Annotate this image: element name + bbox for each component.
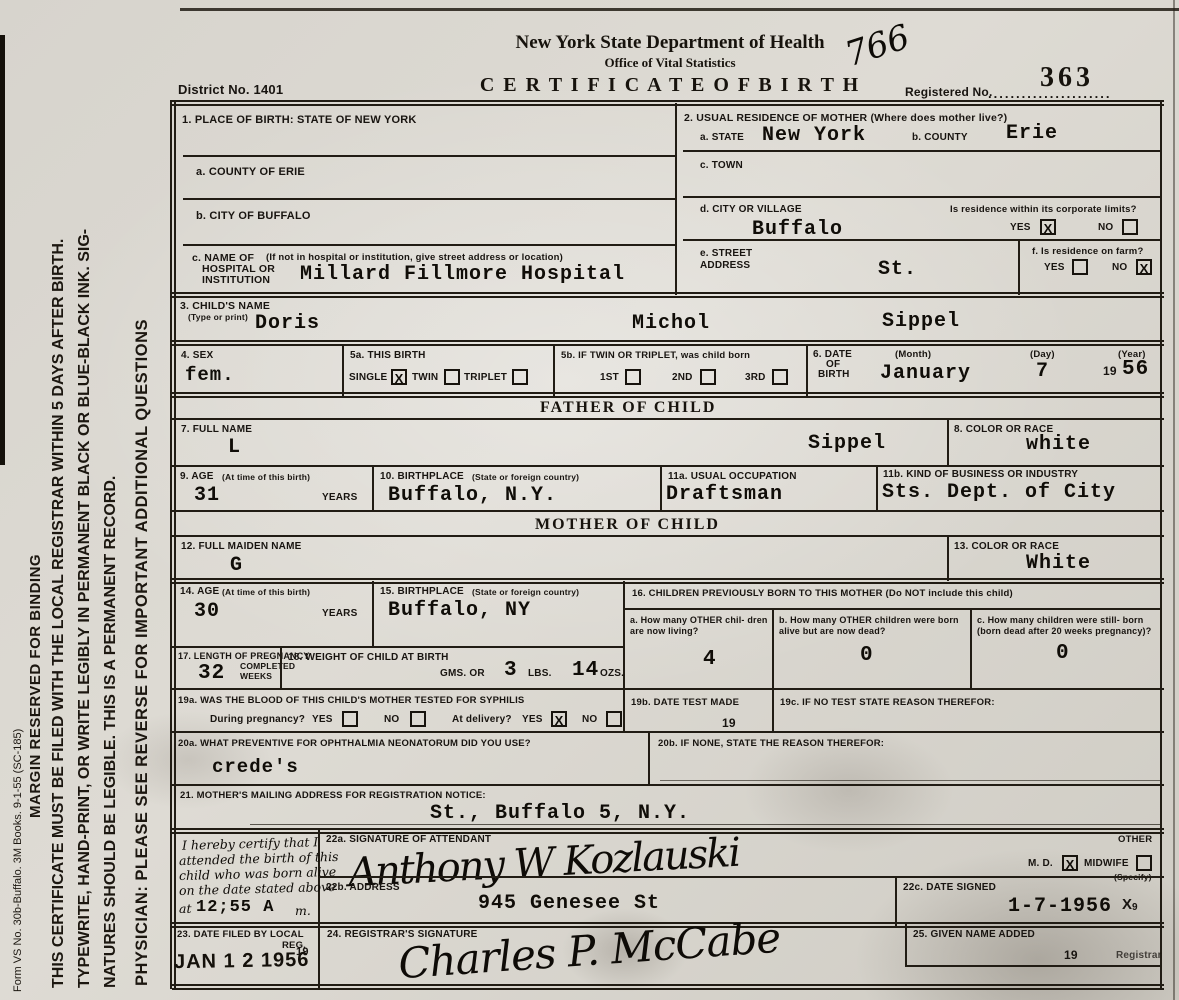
date-signed-preprint: 9 [1132, 902, 1138, 913]
children-dead-value: 0 [860, 644, 874, 667]
field-date-test-made: 19b. DATE TEST MADE [631, 697, 739, 708]
registered-no-value: 363 [1040, 62, 1094, 94]
birth-time-value: 12;55 A [196, 898, 274, 917]
cell-divider [772, 688, 774, 733]
grams-or-label: GMS. OR [440, 668, 485, 679]
corporate-yes-checkbox: X [1040, 219, 1056, 235]
father-industry-value: Sts. Dept. of City [882, 481, 1116, 504]
field-county-label: b. COUNTY [912, 132, 968, 143]
field-mother-birthplace: 15. BIRTHPLACE [380, 586, 464, 597]
row-border [172, 340, 1164, 346]
rule [623, 608, 1160, 610]
single-checkbox: X [391, 369, 407, 385]
field-father-birthplace: 10. BIRTHPLACE [380, 471, 464, 482]
registered-no-label: Registered No. [905, 85, 993, 99]
rule [183, 198, 675, 200]
cell-divider [372, 581, 374, 648]
field-date-of-birth-3: BIRTH [818, 369, 850, 380]
rule [183, 244, 675, 246]
office-subtitle: Office of Vital Statistics [470, 55, 870, 71]
table-left-border [170, 100, 176, 989]
row-border [172, 578, 1164, 584]
corporate-no-checkbox [1122, 219, 1138, 235]
weight-lbs-value: 3 [504, 659, 518, 682]
children-living-question: a. How many OTHER chil- dren are now liv… [630, 615, 768, 637]
scan-edge-bar [0, 35, 5, 465]
mother-race-value: White [1026, 552, 1091, 575]
scan-right-edge [1173, 0, 1175, 1000]
twin-label: TWIN [412, 372, 438, 383]
corporate-limits-question: Is residence within its corporate limits… [950, 204, 1137, 215]
year-preprint: 19 [1103, 364, 1117, 378]
during-no-checkbox [410, 711, 426, 727]
father-years-label: YEARS [322, 492, 357, 503]
field-mother-age: 14. AGE [180, 586, 219, 597]
rule [172, 510, 1164, 512]
certificate-title: C E R T I F I C A T E O F B I R T H [420, 74, 920, 97]
cell-divider [970, 608, 972, 690]
handwritten-number: 766 [840, 17, 914, 75]
father-race-value: white [1026, 433, 1091, 456]
rule [172, 784, 1164, 786]
lbs-label: LBS. [528, 668, 552, 679]
cell-divider [342, 344, 344, 396]
weeks-label: WEEKS [240, 671, 272, 681]
field-hospital-label-3: INSTITUTION [202, 274, 270, 286]
city-village-value: Buffalo [752, 218, 843, 241]
delivery-no-checkbox [606, 711, 622, 727]
registrar-note: Registrar [1116, 950, 1162, 961]
completed-label: COMPLETED [240, 661, 295, 671]
twin-checkbox [444, 369, 460, 385]
margin-signatures-note: NATURES SHOULD BE LEGIBLE. THIS IS A PER… [102, 476, 120, 988]
during-yes-label: YES [312, 714, 333, 725]
field-county: a. COUNTY OF ERIE [196, 166, 305, 178]
children-stillborn-value: 0 [1056, 642, 1070, 665]
weight-oz-value: 14 [572, 659, 599, 682]
birth-certificate-scan: Form VS No. 30b-Buffalo. 3M Books. 9-1-5… [0, 0, 1179, 1000]
rule [172, 418, 1164, 420]
field-street-label-1: e. STREET [700, 248, 752, 259]
row-border [172, 292, 1164, 298]
field-father-age: 9. AGE [180, 471, 214, 482]
rule [172, 731, 1164, 733]
other-label: OTHER [1118, 834, 1152, 845]
field-childs-name: 3. CHILD'S NAME [180, 300, 270, 312]
during-pregnancy-label: During pregnancy? [210, 714, 305, 725]
field-town-label: c. TOWN [700, 160, 743, 171]
rule [172, 535, 1164, 537]
md-checkbox: X [1062, 855, 1078, 871]
field-given-name-added: 25. GIVEN NAME ADDED [913, 929, 1035, 940]
county-value: Erie [1006, 122, 1058, 145]
table-right-border [1160, 100, 1162, 989]
month-label: (Month) [895, 349, 931, 360]
children-living-value: 4 [703, 648, 717, 671]
field-mother-race: 13. COLOR OR RACE [954, 541, 1059, 552]
delivery-yes-label: YES [522, 714, 543, 725]
father-birthplace-note: (State or foreign country) [472, 472, 579, 482]
date-filed-stamp: JAN 1 2 1956 [174, 949, 310, 974]
margin-binding-note: MARGIN RESERVED FOR BINDING [27, 554, 44, 818]
date-signed-value: 1-7-1956 [1008, 895, 1112, 918]
table-top-border [172, 100, 1164, 106]
child-middle-name: Michol [632, 312, 710, 335]
midwife-label: MIDWIFE [1084, 858, 1129, 869]
hospital-name-value: Millard Fillmore Hospital [300, 263, 625, 286]
certify-line-4: on the date stated above [179, 879, 336, 899]
margin-typewrite-note: TYPEWRITE, HAND-PRINT, OR WRITE LEGIBLY … [76, 229, 94, 988]
cell-divider [623, 581, 625, 733]
birth-month-value: January [880, 362, 971, 385]
child-last-name: Sippel [882, 310, 960, 333]
day-label: (Day) [1030, 349, 1055, 360]
street-value: St. [878, 258, 917, 281]
rule [250, 824, 1160, 825]
margin-form-number: Form VS No. 30b-Buffalo. 3M Books. 9-1-5… [12, 729, 24, 992]
cell-divider [895, 876, 897, 928]
corporate-yes-label: YES [1010, 222, 1031, 233]
farm-question: f. Is residence on farm? [1032, 246, 1143, 257]
ozs-label: OZS. [600, 668, 624, 679]
father-last-value: Sippel [808, 432, 886, 455]
rule [172, 688, 1164, 690]
field-if-twin: 5b. IF TWIN OR TRIPLET, was child born [561, 350, 750, 361]
cell-divider [876, 467, 878, 512]
rule [172, 465, 1164, 467]
children-stillborn-question: c. How many children were still- born (b… [977, 615, 1155, 637]
first-born-checkbox [625, 369, 641, 385]
child-first-name: Doris [255, 312, 320, 335]
mother-birthplace-value: Buffalo, NY [388, 599, 531, 622]
table-bottom-border [172, 984, 1164, 990]
field-mailing-address: 21. MOTHER'S MAILING ADDRESS FOR REGISTR… [180, 790, 486, 801]
field-weight-at-birth: 18. WEIGHT OF CHILD AT BIRTH [288, 652, 449, 663]
field-hospital-note: (If not in hospital or institution, give… [266, 252, 563, 263]
field-date-filed: 23. DATE FILED BY LOCAL [177, 929, 304, 940]
cell-divider [648, 733, 650, 785]
rule [683, 196, 1160, 198]
mother-age-note: (At time of this birth) [222, 587, 310, 597]
at-delivery-label: At delivery? [452, 714, 512, 725]
field-childs-name-note: (Type or print) [188, 312, 248, 322]
margin-physician-note: PHYSICIAN: PLEASE SEE REVERSE FOR IMPORT… [133, 319, 152, 986]
children-dead-question: b. How many OTHER children were born ali… [779, 615, 965, 637]
triplet-checkbox [512, 369, 528, 385]
cell-divider [280, 648, 282, 690]
date-filed-preprint: 19 [296, 946, 309, 958]
certify-at-label: at [179, 901, 191, 917]
field-street-label-2: ADDRESS [700, 260, 750, 271]
birth-year-value: 56 [1122, 358, 1149, 381]
farm-box-divider [1018, 241, 1020, 295]
father-age-note: (At time of this birth) [222, 472, 310, 482]
rule [683, 239, 1160, 241]
field-state-label: a. STATE [700, 132, 744, 143]
father-occupation-value: Draftsman [666, 483, 783, 506]
delivery-yes-checkbox: X [551, 711, 567, 727]
rule [318, 876, 1164, 878]
cell-divider [806, 344, 808, 396]
during-yes-checkbox [342, 711, 358, 727]
field-city: b. CITY OF BUFFALO [196, 210, 311, 222]
mother-age-value: 30 [194, 600, 220, 623]
field-sex: 4. SEX [181, 350, 213, 361]
district-number: District No. 1401 [178, 82, 283, 97]
date-signed-x-mark: X [1122, 896, 1132, 913]
rule [660, 780, 1160, 781]
field-syphilis-test: 19a. WAS THE BLOOD OF THIS CHILD'S MOTHE… [178, 695, 524, 706]
field-ophthalmia-preventive: 20a. WHAT PREVENTIVE FOR OPHTHALMIA NEON… [178, 738, 531, 749]
rule [183, 155, 675, 157]
field-this-birth: 5a. THIS BIRTH [350, 350, 426, 361]
third-born-label: 3RD [745, 372, 766, 383]
pregnancy-weeks-value: 32 [198, 662, 225, 685]
field-father-industry: 11b. KIND OF BUSINESS OR INDUSTRY [883, 469, 1078, 480]
farm-no-checkbox: X [1136, 259, 1152, 275]
mother-maiden-value: G [230, 554, 243, 577]
field-place-of-birth: 1. PLACE OF BIRTH: STATE OF NEW YORK [182, 114, 417, 126]
father-section-title: FATHER OF CHILD [540, 399, 716, 417]
single-label: SINGLE [349, 372, 387, 383]
field-mother-maiden-name: 12. FULL MAIDEN NAME [181, 541, 302, 552]
rule [683, 150, 1160, 152]
given-name-preprint: 19 [1064, 948, 1078, 962]
date-test-value: 19 [722, 716, 736, 730]
ophthalmia-value: crede's [212, 756, 299, 778]
midwife-checkbox [1136, 855, 1152, 871]
md-label: M. D. [1028, 858, 1053, 869]
cell-divider [372, 467, 374, 512]
attendant-address-value: 945 Genesee St [478, 892, 660, 915]
father-birthplace-value: Buffalo, N.Y. [388, 484, 557, 507]
cell-divider [905, 924, 907, 966]
mother-section-title: MOTHER OF CHILD [535, 516, 720, 534]
rule [905, 965, 1160, 967]
delivery-no-label: NO [582, 714, 597, 725]
triplet-label: TRIPLET [464, 372, 507, 383]
farm-yes-checkbox [1072, 259, 1088, 275]
field-if-none-reason: 20b. IF NONE, STATE THE REASON THEREFOR: [658, 738, 884, 749]
second-born-checkbox [700, 369, 716, 385]
cell-divider [660, 467, 662, 512]
field-no-test-reason: 19c. IF NO TEST STATE REASON THEREFOR: [780, 697, 995, 708]
first-born-label: 1ST [600, 372, 619, 383]
margin-filing-note: THIS CERTIFICATE MUST BE FILED WITH THE … [50, 239, 68, 988]
top-scan-line [180, 8, 1179, 11]
farm-no-label: NO [1112, 262, 1127, 273]
field-usual-residence: 2. USUAL RESIDENCE OF MOTHER (Where does… [684, 112, 1007, 124]
mailing-address-value: St., Buffalo 5, N.Y. [430, 802, 690, 825]
sex-value: fem. [185, 364, 235, 386]
row-border [172, 392, 1164, 398]
cell-divider [947, 420, 949, 467]
column-divider [675, 103, 677, 295]
mother-birthplace-note: (State or foreign country) [472, 587, 579, 597]
corporate-no-label: NO [1098, 222, 1113, 233]
field-children-previously-born: 16. CHILDREN PREVIOUSLY BORN TO THIS MOT… [632, 588, 1013, 599]
certify-m-label: m. [295, 903, 311, 919]
second-born-label: 2ND [672, 372, 693, 383]
father-first-value: L [228, 436, 241, 459]
mother-years-label: YEARS [322, 608, 357, 619]
field-father-occupation: 11a. USUAL OCCUPATION [668, 471, 797, 482]
during-no-label: NO [384, 714, 399, 725]
field-attendant-address: 22b. ADDRESS [326, 882, 400, 893]
field-city-village-label: d. CITY OR VILLAGE [700, 204, 802, 215]
rule [172, 646, 623, 648]
father-age-value: 31 [194, 484, 220, 507]
field-date-signed: 22c. DATE SIGNED [903, 882, 996, 893]
third-born-checkbox [772, 369, 788, 385]
birth-day-value: 7 [1036, 360, 1049, 383]
cell-divider [947, 537, 949, 581]
farm-yes-label: YES [1044, 262, 1065, 273]
state-value: New York [762, 124, 866, 147]
field-father-full-name: 7. FULL NAME [181, 424, 252, 435]
cell-divider [553, 344, 555, 396]
